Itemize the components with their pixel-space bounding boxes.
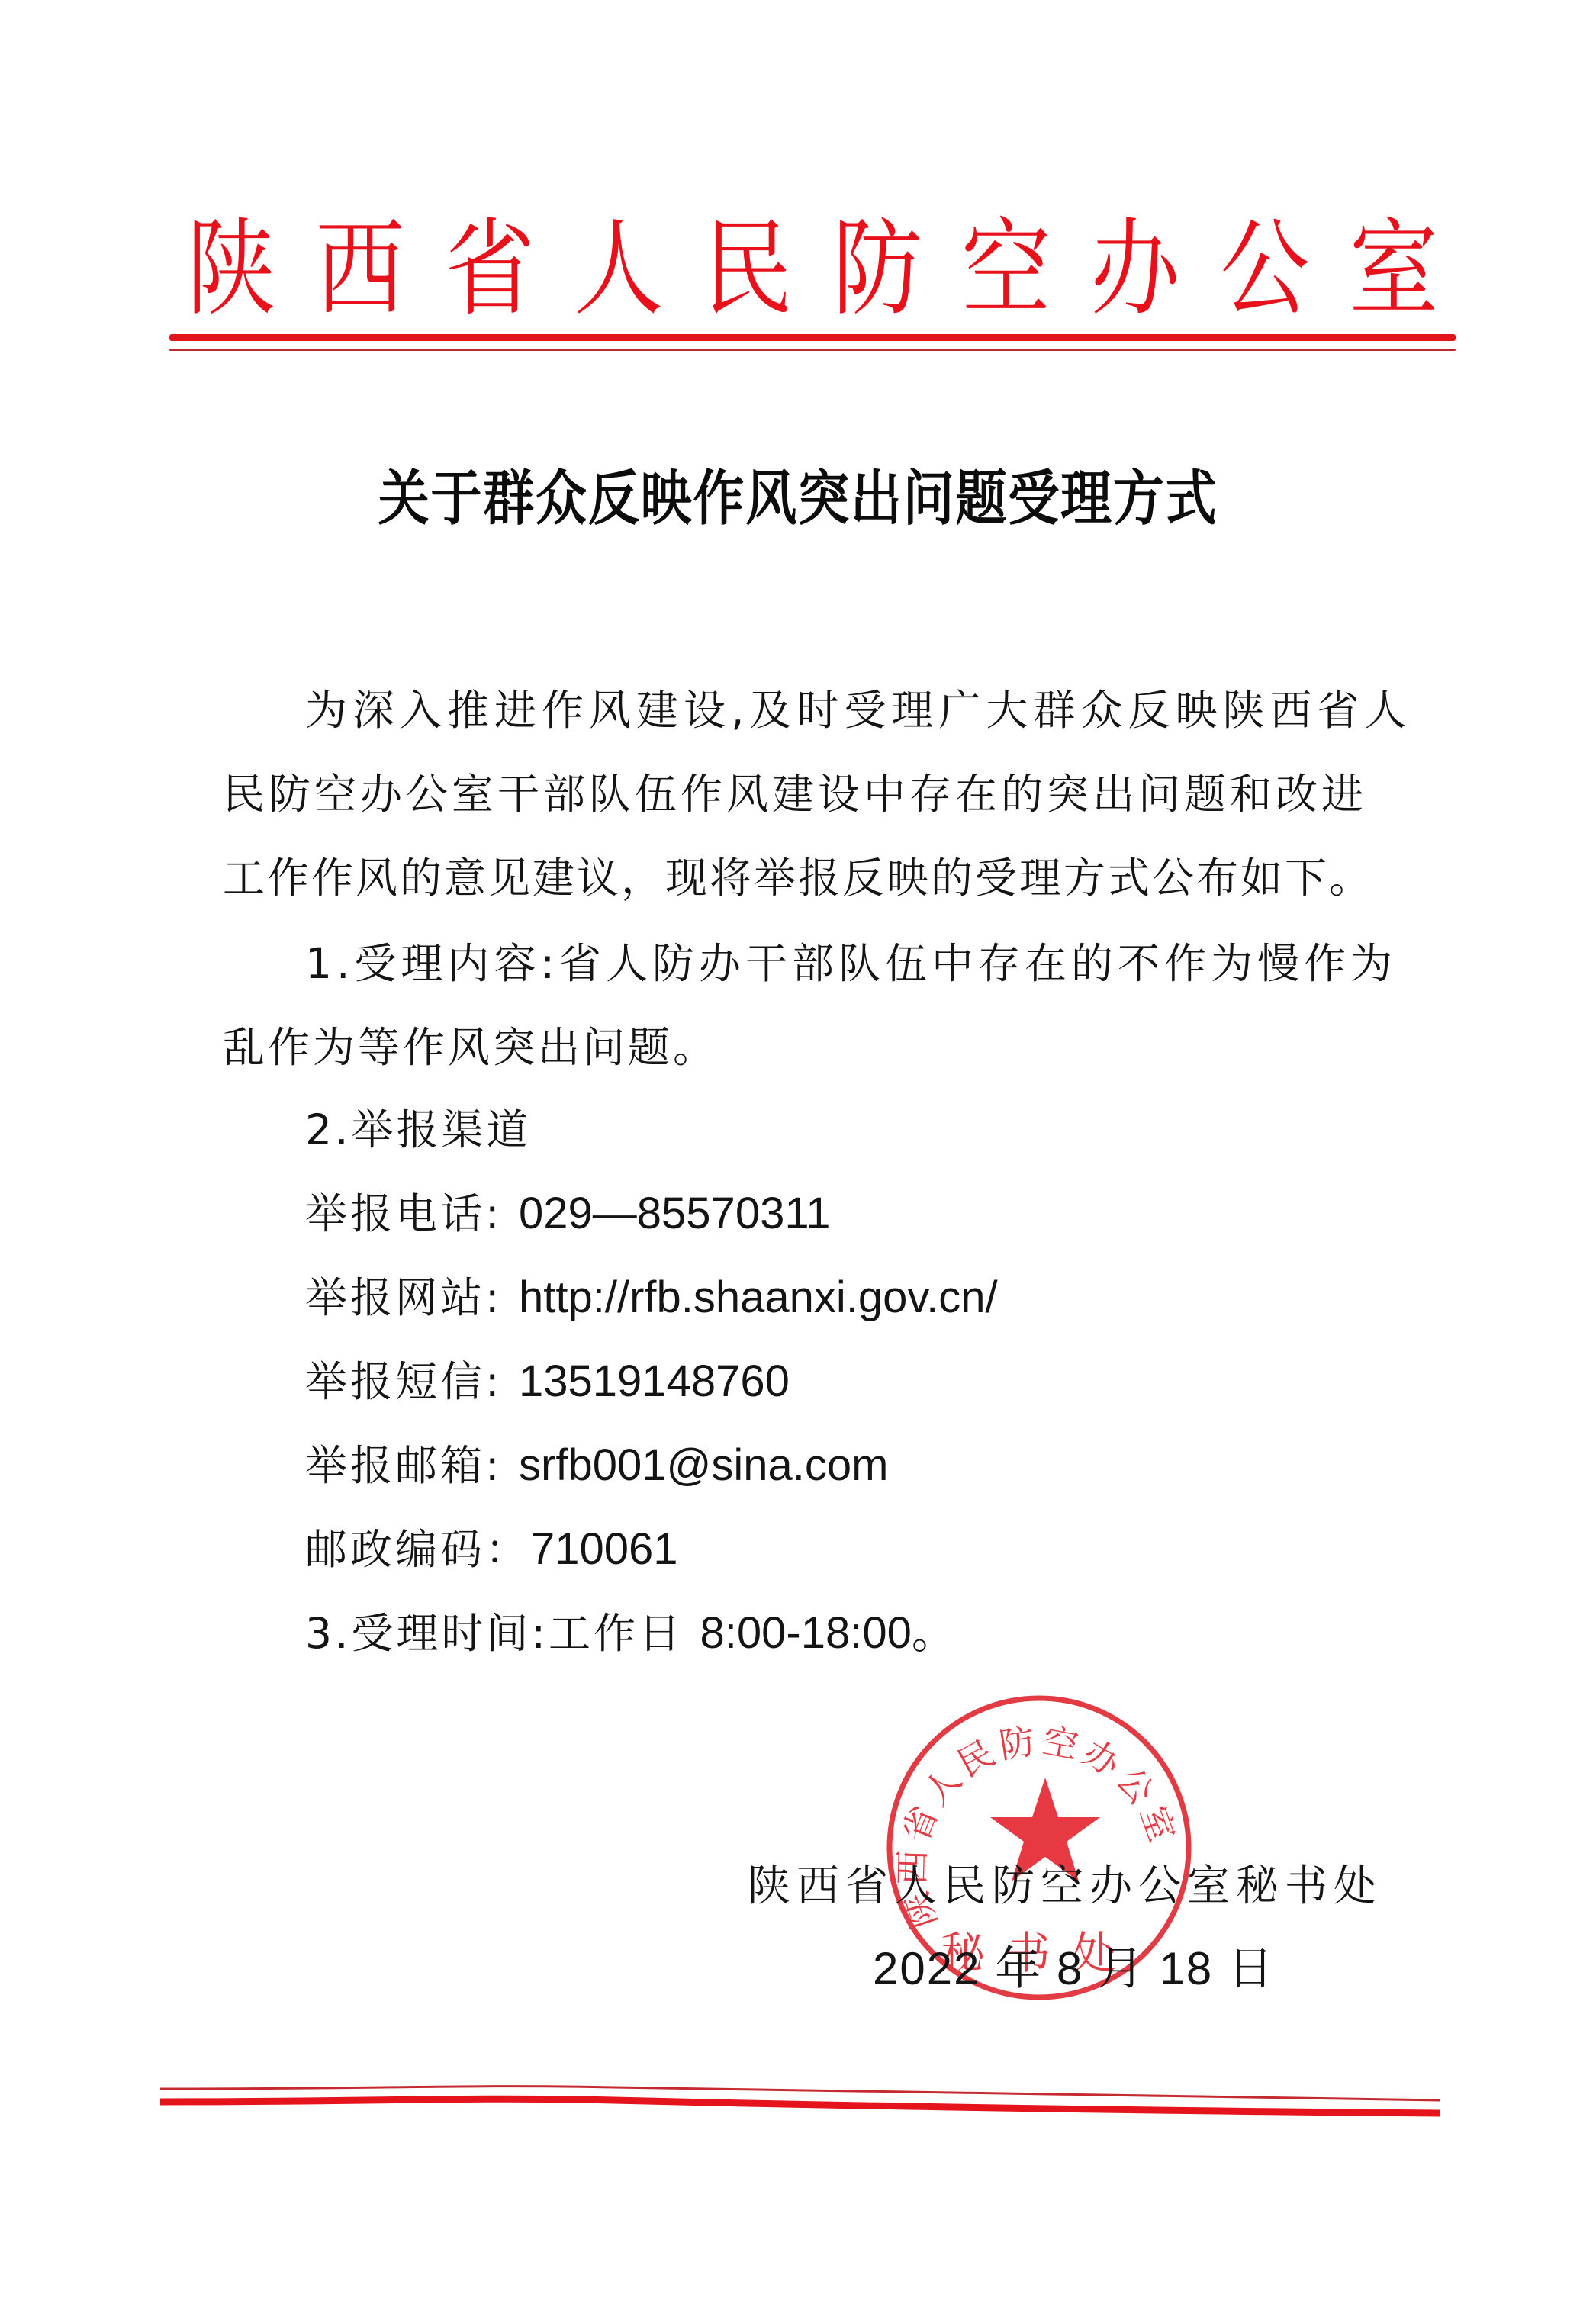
letterhead-char: 空 [954, 217, 1059, 322]
channel-website: 举报网站: http://rfb.shaanxi.gov.cn/ [305, 1273, 998, 1322]
body-intro-line: 工作作风的意见建议，现将举报反映的受理方式公布如下。 [223, 854, 1373, 903]
channel-label: 举报网站: [305, 1273, 519, 1322]
document-title-text: 关于群众反映作风突出问题受理方式 [378, 467, 1218, 531]
letterhead-char: 西 [307, 217, 413, 322]
channel-email: 举报邮箱: srfb001@sina.com [305, 1441, 888, 1490]
item3-label: 3.受理时间:工作日 [305, 1609, 700, 1658]
channel-sms: 举报短信: 13519148760 [305, 1357, 790, 1406]
letterhead-char: 防 [825, 217, 930, 322]
letterhead-char: 室 [1341, 217, 1446, 322]
letterhead-char: 办 [1083, 217, 1188, 322]
header-thick-rule [169, 334, 1456, 341]
issuer-signature: 陕西省人民防空办公室秘书处 [748, 1862, 1382, 1911]
letterhead-org-name: 陕 西 省 人 民 防 空 办 公 室 [169, 204, 1456, 334]
letterhead-char: 民 [695, 217, 800, 322]
issue-date: 2022 年 8 月 18 日 [873, 1945, 1275, 1993]
channel-postcode: 邮政编码：710061 [305, 1525, 678, 1574]
letterhead-char: 陕 [179, 217, 284, 322]
channel-label: 举报邮箱: [305, 1441, 519, 1490]
letterhead-char: 省 [437, 217, 542, 322]
channel-label: 举报电话: [305, 1189, 519, 1238]
body-intro-line: 为深入推进作风建设,及时受理广大群众反映陕西省人 [305, 686, 1411, 735]
document-title: 关于群众反映作风突出问题受理方式 [0, 467, 1596, 531]
channel-label: 邮政编码： [305, 1525, 530, 1574]
phone-number: 029—85570311 [519, 1189, 831, 1238]
letterhead-char: 人 [566, 217, 671, 322]
body-intro-line: 民防空办公室干部队伍作风建设中存在的突出问题和改进 [223, 770, 1367, 819]
website-url[interactable]: http://rfb.shaanxi.gov.cn/ [519, 1273, 998, 1322]
item3-hours: 3.受理时间:工作日 8:00-18:00。 [305, 1609, 956, 1658]
sms-number: 13519148760 [519, 1356, 790, 1406]
header-thin-rule [169, 349, 1456, 351]
item1-line: 1.受理内容:省人防办干部队伍中存在的不作为慢作为 [305, 939, 1397, 988]
email-address[interactable]: srfb001@sina.com [519, 1440, 888, 1490]
item2-heading: 2.举报渠道 [305, 1105, 531, 1154]
footer-rules [156, 2081, 1446, 2121]
channel-label: 举报短信: [305, 1357, 519, 1406]
letterhead-char: 公 [1212, 217, 1318, 322]
hours-value: 8:00-18:00。 [700, 1608, 956, 1658]
postcode: 710061 [530, 1524, 678, 1574]
channel-phone: 举报电话: 029—85570311 [305, 1189, 831, 1238]
item1-line: 乱作为等作风突出问题。 [223, 1023, 718, 1072]
